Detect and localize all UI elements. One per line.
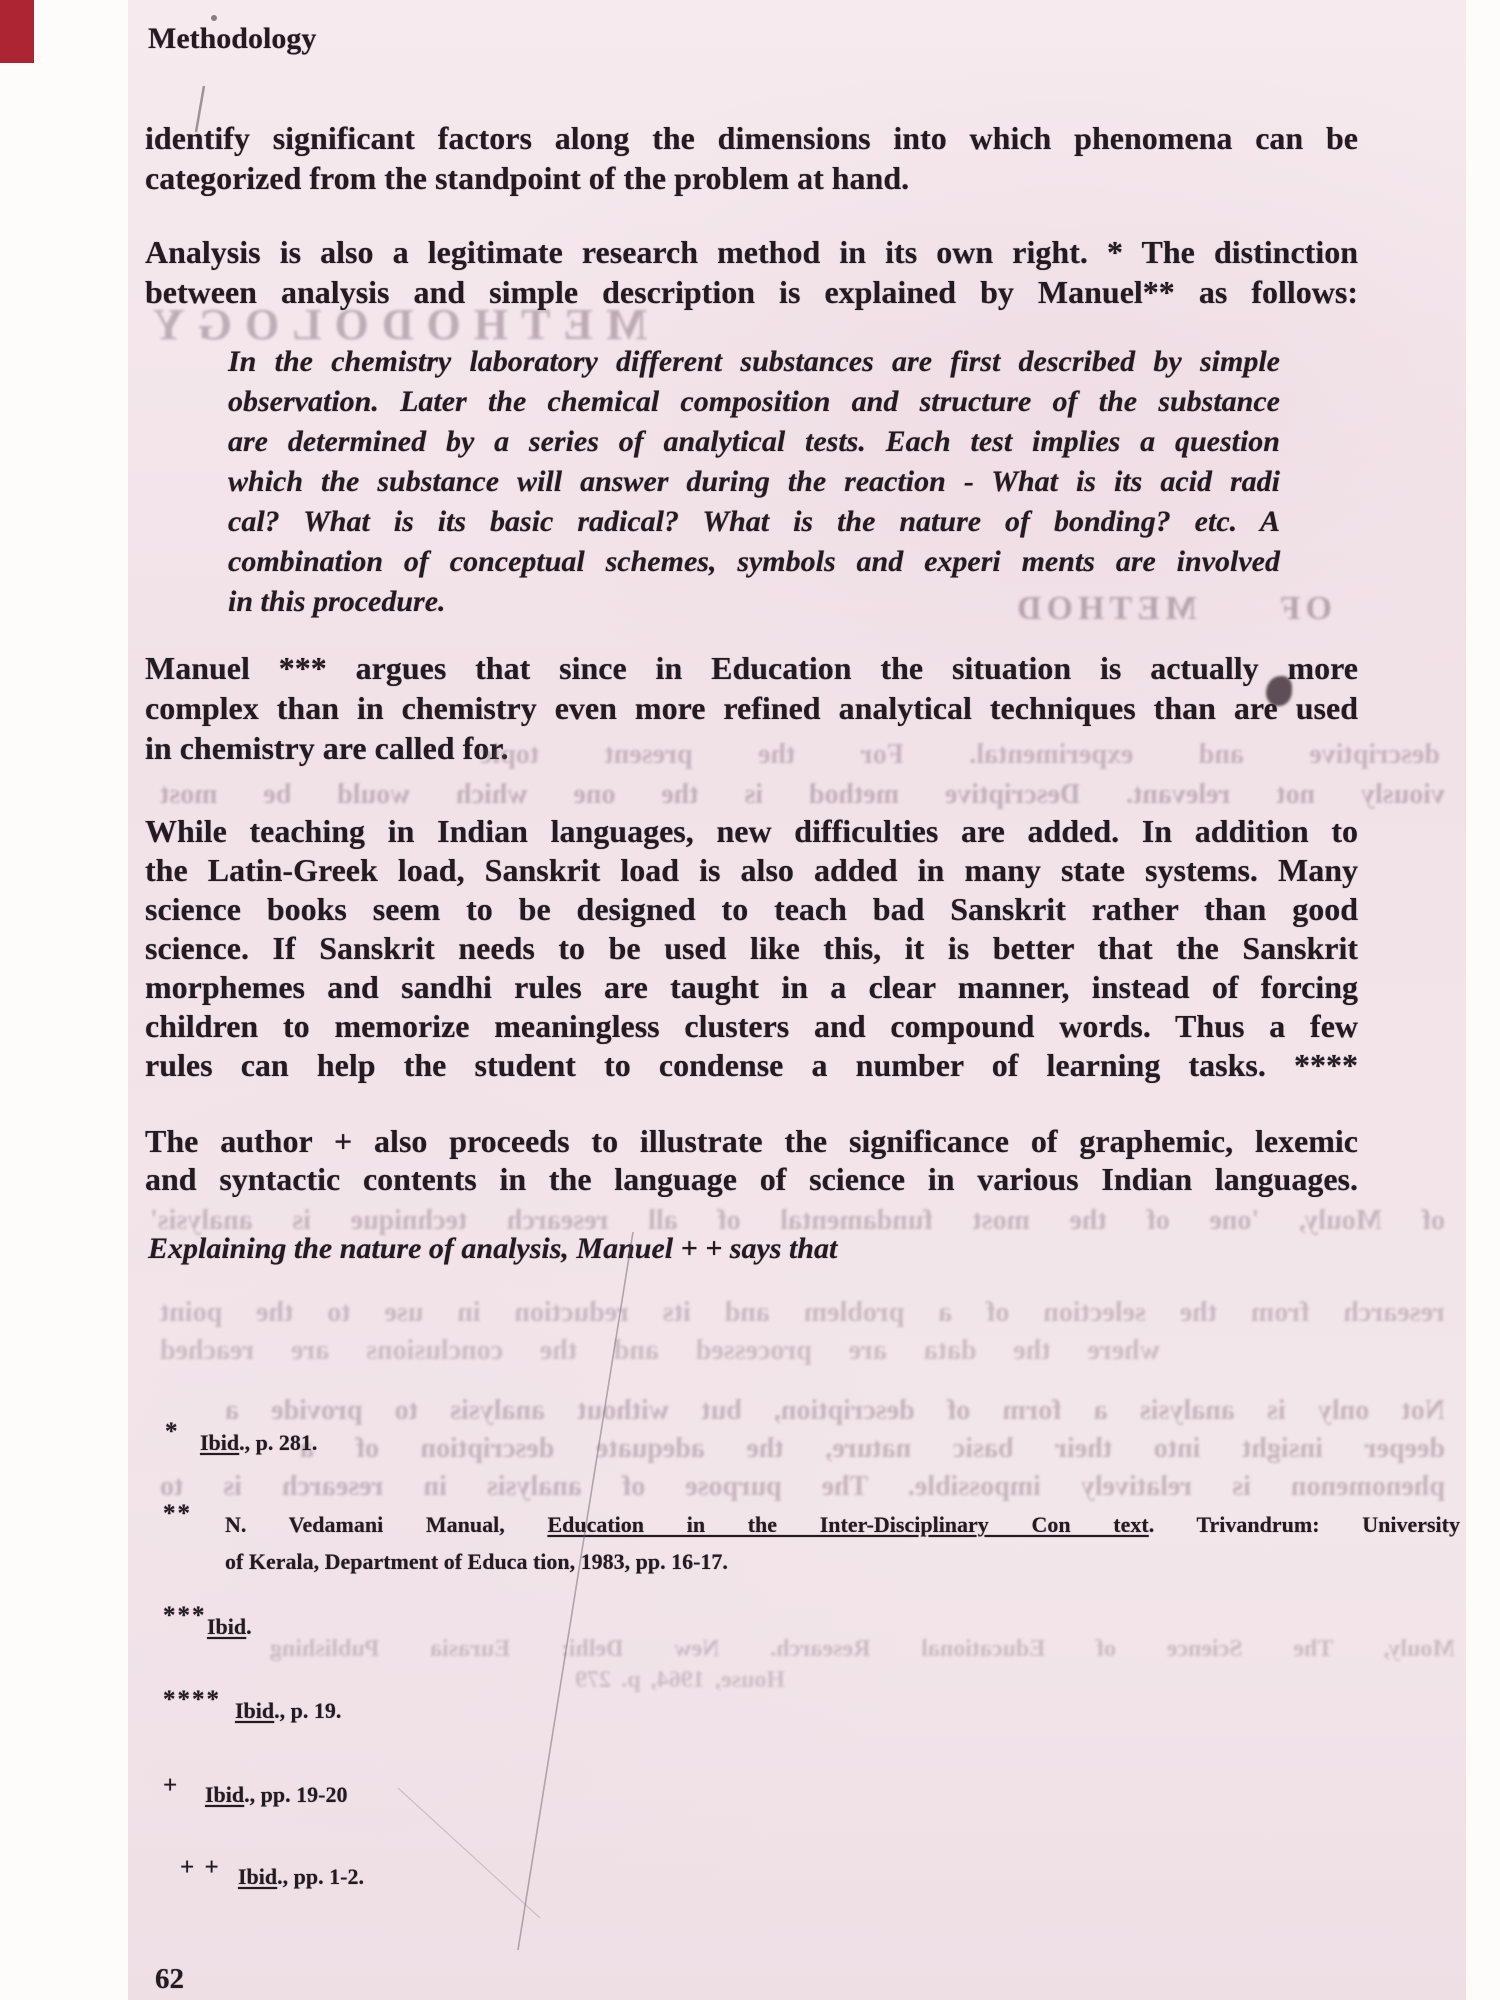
quote-line: observation. Later the chemical composit… <box>228 382 1280 422</box>
quote-line: are determined by a series of analytical… <box>228 422 1280 462</box>
paragraph-line: children to memorize meaningless cluster… <box>145 1007 1358 1046</box>
footnote-text: Ibid., p. 281. <box>200 1424 317 1461</box>
page-header: Methodology <box>148 22 316 56</box>
paragraph-line: identify significant factors along the d… <box>145 118 1358 158</box>
footnote-pages: ., pp. 19-20 <box>244 1782 347 1807</box>
ghost-text-line: Mouly, The Science of Educational Resear… <box>270 1632 1455 1666</box>
ghost-text-line: House, 1964, p. 279 <box>575 1663 785 1697</box>
footnote-publisher: . Trivandrum: University <box>1149 1512 1460 1537</box>
footnote-ibid: Ibid <box>238 1864 277 1889</box>
paragraph-1: identify significant factors along the d… <box>145 118 1358 198</box>
footnote-ibid: Ibid <box>235 1698 274 1723</box>
red-corner-mark <box>0 0 34 63</box>
quote-line: combination of conceptual schemes, symbo… <box>228 542 1280 582</box>
footnote-text-line2: of Kerala, Department of Educa tion, 198… <box>225 1543 728 1580</box>
block-quote: In the chemistry laboratory different su… <box>228 342 1280 622</box>
scanned-book-page: Methodology identify significant factors… <box>0 0 1500 2000</box>
footnote-marker: *** <box>163 1602 207 1630</box>
page-number: 62 <box>155 1964 184 1994</box>
ink-blot <box>1266 676 1292 706</box>
footnote-marker: * <box>165 1418 180 1446</box>
footnote-marker: **** <box>163 1686 221 1714</box>
quote-line: In the chemistry laboratory different su… <box>228 342 1280 382</box>
ghost-text-line: viously not relevant. Descriptive method… <box>160 778 1445 812</box>
footnote-pages: . <box>246 1614 252 1639</box>
ghost-text-methodology: METHODOLOGY <box>140 308 647 342</box>
footnote-ibid: Ibid <box>205 1782 244 1807</box>
footnote-ibid: Ibid <box>200 1430 239 1455</box>
footnote-text: N. Vedamani Manual, Education in the Int… <box>225 1506 1460 1543</box>
ghost-text-line: descriptive and experimental. For the pr… <box>480 738 1440 772</box>
paragraph-6: Explaining the nature of analysis, Manue… <box>148 1232 837 1266</box>
paragraph-4: While teaching in Indian languages, new … <box>145 812 1358 1085</box>
footnote-pages: ., p. 19. <box>274 1698 341 1723</box>
footnote-marker: + <box>163 1772 179 1800</box>
ghost-text-line: phenomenon is relatively impossible. The… <box>160 1470 1445 1504</box>
quote-line: cal? What is its basic radical? What is … <box>228 502 1280 542</box>
footnote-text: Ibid., p. 19. <box>235 1692 341 1729</box>
ghost-text-line: research from the selection of a problem… <box>160 1296 1445 1330</box>
footnote-pages: ., p. 281. <box>239 1430 317 1455</box>
ghost-text-line: where the data are processed and the con… <box>160 1334 1160 1368</box>
footnote-title: Education in the Inter-Disciplinary Con … <box>547 1512 1148 1537</box>
paragraph-line: While teaching in Indian languages, new … <box>145 812 1358 851</box>
paragraph-line: and syntactic contents in the language o… <box>145 1160 1358 1198</box>
ghost-text-of-method: OF METHOD <box>1012 592 1332 626</box>
ghost-text-line: Not only is analysis a form of descripti… <box>225 1394 1445 1428</box>
footnote-marker: ** <box>163 1500 192 1528</box>
quote-line: which the substance will answer during t… <box>228 462 1280 502</box>
paragraph-line: morphemes and sandhi rules are taught in… <box>145 968 1358 1007</box>
paragraph-line: science. If Sanskrit needs to be used li… <box>145 929 1358 968</box>
footnote-author: N. Vedamani Manual, <box>225 1512 547 1537</box>
paragraph-line: Analysis is also a legitimate research m… <box>145 232 1358 272</box>
paragraph-line: categorized from the standpoint of the p… <box>145 158 1358 198</box>
paragraph-line: rules can help the student to condense a… <box>145 1046 1358 1085</box>
ghost-text-line: deeper insight into their basic nature, … <box>300 1432 1445 1466</box>
paragraph-line: complex than in chemistry even more refi… <box>145 688 1358 728</box>
paragraph-line: Manuel *** argues that since in Educatio… <box>145 648 1358 688</box>
footnote-ibid: Ibid <box>207 1614 246 1639</box>
footnote-marker: + + <box>180 1854 221 1882</box>
footnote-text: Ibid. <box>207 1608 252 1645</box>
paragraph-5: The author + also proceeds to illustrate… <box>145 1122 1358 1198</box>
paragraph-line: science books seem to be designed to tea… <box>145 890 1358 929</box>
paragraph-line: the Latin-Greek load, Sanskrit load is a… <box>145 851 1358 890</box>
paragraph-line: The author + also proceeds to illustrate… <box>145 1122 1358 1160</box>
footnote-text: Ibid., pp. 19-20 <box>205 1776 347 1813</box>
footnote-pages: ., pp. 1-2. <box>277 1864 364 1889</box>
footnote-text: Ibid., pp. 1-2. <box>238 1858 364 1895</box>
